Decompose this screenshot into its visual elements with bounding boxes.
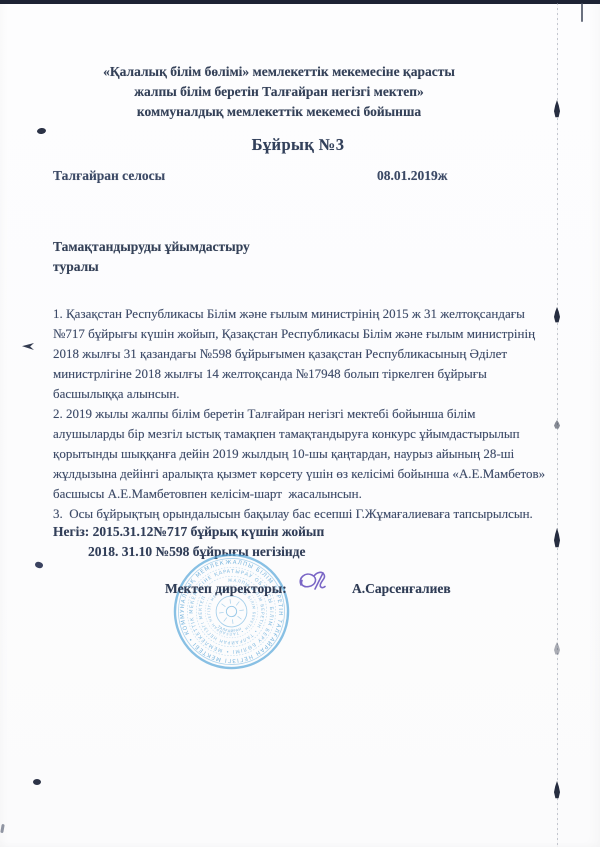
place-name: Талғайран селосы	[53, 168, 165, 184]
scan-tick-top-right	[581, 3, 583, 22]
scan-speck	[34, 561, 43, 569]
body-line: 1. Қазақстан Республикасы Білім және ғыл…	[53, 304, 545, 324]
header-line: коммуналдық мемлекеттік мекемесі бойынша	[0, 102, 558, 122]
scan-speck	[33, 779, 41, 785]
scan-ink-blob	[552, 420, 562, 429]
order-title: Бұйрық №3	[0, 135, 596, 155]
order-date: 08.01.2019ж	[377, 168, 448, 184]
order-subject: Тамақтандыруды ұйымдастыру туралы	[53, 237, 250, 277]
subject-line: туралы	[53, 257, 250, 277]
scan-edge-line-top	[0, 0, 600, 4]
body-line: алушыларды бір мезгіл ыстық тамақпен там…	[53, 424, 545, 444]
basis-line: Негіз: 2015.31.12№717 бұйрық күшін жойып	[53, 524, 324, 540]
body-line: жұлдызына дейінгі аралықта қызмет көрсет…	[53, 464, 545, 484]
signature-mark	[293, 568, 337, 600]
body-line: басшысы А.Е.Мамбетовпен келісім-шарт жас…	[53, 484, 545, 504]
order-body: 1. Қазақстан Республикасы Білім және ғыл…	[53, 304, 545, 524]
scan-speck	[22, 343, 34, 350]
body-line: 2. 2019 жылы жалпы білім беретін Талғайр…	[53, 404, 545, 424]
signer-name: А.Сарсенғалиев	[352, 581, 451, 597]
official-stamp-seal: ЖАЛПЫ БІЛІМ БЕРЕТІН ТАЛҒАЙРАН НЕГІЗГІ МЕ…	[165, 545, 298, 678]
header-line: «Қалалық білім бөлімі» мемлекеттік мекем…	[0, 62, 558, 82]
scan-speck	[0, 824, 5, 833]
scan-speck	[37, 127, 47, 134]
scan-ink-blob	[552, 307, 562, 323]
body-line: №717 бұйрығы күшін жойып, Қазақстан Респ…	[53, 324, 545, 344]
scan-ink-blob	[552, 642, 562, 655]
document-header: «Қалалық білім бөлімі» мемлекеттік мекем…	[0, 62, 558, 122]
body-line: 3. Осы бұйрықтың орындалысын бақылау бас…	[53, 504, 545, 524]
signature-role-label: Мектеп директоры:	[165, 581, 287, 597]
body-line: басшылыққа алынсын.	[53, 384, 545, 404]
subject-line: Тамақтандыруды ұйымдастыру	[53, 237, 250, 257]
header-line: жалпы білім беретін Талғайран негізгі ме…	[0, 82, 558, 102]
scanned-document-page: «Қалалық білім бөлімі» мемлекеттік мекем…	[0, 0, 600, 847]
body-line: министрлігіне 2018 жылғы 14 желтоқсанда …	[53, 364, 545, 384]
scan-ink-blob	[552, 528, 562, 548]
scan-ink-blob	[552, 781, 562, 799]
body-line: 2018 жылғы 31 қазандағы №598 бұйрығымен …	[53, 344, 545, 364]
body-line: қорытынды шыққанға дейін 2019 жылдың 10-…	[53, 444, 545, 464]
